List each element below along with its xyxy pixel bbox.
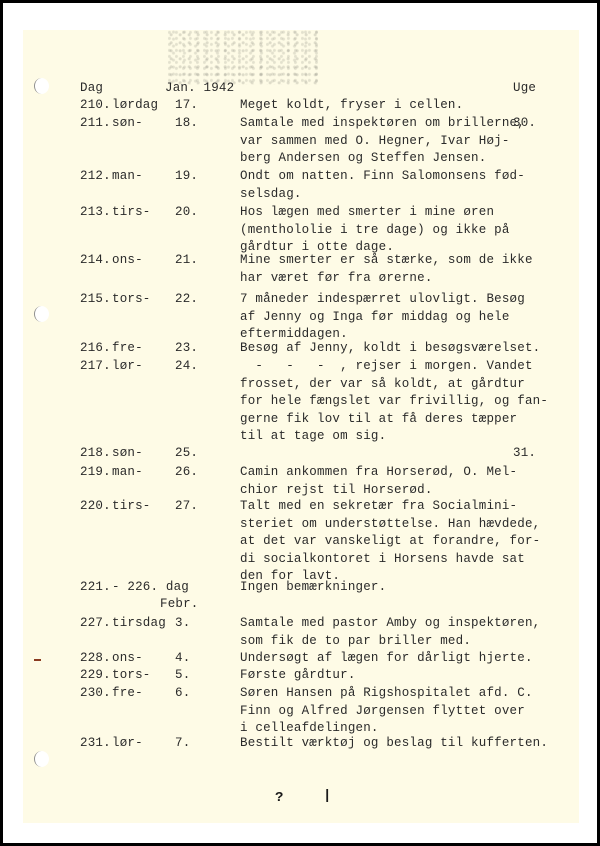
entry-day-number: 231. bbox=[80, 735, 111, 753]
entry-weekday: man- bbox=[112, 464, 143, 482]
entry-text-line: Hos lægen med smerter i mine øren bbox=[240, 204, 494, 222]
entry-text-line: Talt med en sekretær fra Socialmini- bbox=[240, 498, 517, 516]
entry-weekday: ons- bbox=[112, 650, 143, 668]
entry-text-line: Undersøgt af lægen for dårligt hjerte. bbox=[240, 650, 533, 668]
entry-text-line: chior rejst til Horserød. bbox=[240, 482, 433, 500]
entry-day-number: 215. bbox=[80, 291, 111, 309]
entry-weekday: tors- bbox=[112, 667, 151, 685]
entry-text-line: for hele fængslet var frivillig, og fan- bbox=[240, 393, 548, 411]
entry-text-line: berg Andersen og Steffen Jensen. bbox=[240, 150, 486, 168]
entry-weekday: tirsdag bbox=[112, 615, 166, 633]
entry-date: 3. bbox=[175, 615, 190, 633]
entry-date: Febr. bbox=[160, 596, 199, 614]
entry-text-line: Mine smerter er så stærke, som de ikke bbox=[240, 252, 533, 270]
entry-day-number: 219. bbox=[80, 464, 111, 482]
entry-weekday: tirs- bbox=[112, 204, 151, 222]
entry-text-line: Camin ankommen fra Horserød, O. Mel- bbox=[240, 464, 517, 482]
entry-text-line: Besøg af Jenny, koldt i besøgsværelset. bbox=[240, 340, 540, 358]
punch-hole-bottom bbox=[34, 751, 49, 767]
entry-day-number: 213. bbox=[80, 204, 111, 222]
entry-weekday: fre- bbox=[112, 685, 143, 703]
header-day-label: Dag bbox=[80, 80, 103, 98]
entry-text-line: Samtale med inspektøren om brillerne, bbox=[240, 115, 525, 133]
entry-weekday: lør- bbox=[112, 735, 143, 753]
entry-date: 19. bbox=[175, 168, 198, 186]
typewritten-page: Dag Jan. 1942 Uge 210.lørdag17.Meget kol… bbox=[23, 30, 579, 823]
entry-weekday: lør- bbox=[112, 358, 143, 376]
entry-date: 18. bbox=[175, 115, 198, 133]
entry-date: 5. bbox=[175, 667, 190, 685]
footer-mark-1: ? bbox=[275, 790, 283, 806]
entry-date: 22. bbox=[175, 291, 198, 309]
entry-text-line: (menthololie i tre dage) og ikke på bbox=[240, 222, 510, 240]
footer-mark-2: | bbox=[323, 788, 331, 804]
red-mark bbox=[34, 659, 41, 661]
entry-text-line: selsdag. bbox=[240, 186, 302, 204]
header-week-label: Uge bbox=[513, 80, 536, 98]
entry-text-line: Meget koldt, fryser i cellen. bbox=[240, 97, 463, 115]
entry-date: 6. bbox=[175, 685, 190, 703]
entry-weekday: fre- bbox=[112, 340, 143, 358]
entry-text-line: gerne fik lov til at få deres tæpper bbox=[240, 411, 517, 429]
entry-text-line: var sammen med O. Hegner, Ivar Høj- bbox=[240, 133, 510, 151]
entry-week-number: 31. bbox=[513, 445, 536, 463]
entry-weekday: - 226. dag bbox=[112, 579, 189, 597]
entry-weekday: ons- bbox=[112, 252, 143, 270]
entry-day-number: 217. bbox=[80, 358, 111, 376]
punch-hole-top bbox=[34, 78, 49, 94]
entry-text-line: af Jenny og Inga før middag og hele bbox=[240, 309, 510, 327]
entry-day-number: 218. bbox=[80, 445, 111, 463]
entry-date: 4. bbox=[175, 650, 190, 668]
entry-day-number: 214. bbox=[80, 252, 111, 270]
entry-day-number: 227. bbox=[80, 615, 111, 633]
entry-text-line: - - - , rejser i morgen. Vandet bbox=[240, 358, 533, 376]
entry-date: 24. bbox=[175, 358, 198, 376]
entry-date: 21. bbox=[175, 252, 198, 270]
page-frame: Dag Jan. 1942 Uge 210.lørdag17.Meget kol… bbox=[3, 3, 597, 843]
entry-day-number: 228. bbox=[80, 650, 111, 668]
entry-day-number: 221. bbox=[80, 579, 111, 597]
entry-date: 27. bbox=[175, 498, 198, 516]
entry-weekday: man- bbox=[112, 168, 143, 186]
entry-text-line: Ingen bemærkninger. bbox=[240, 579, 386, 597]
entry-weekday: søn- bbox=[112, 115, 143, 133]
entry-text-line: Bestilt værktøj og beslag til kufferten. bbox=[240, 735, 548, 753]
entry-text-line: Samtale med pastor Amby og inspektøren, bbox=[240, 615, 540, 633]
entry-text-line: di socialkontoret i Horsens havde sat bbox=[240, 551, 525, 569]
entry-date: 17. bbox=[175, 97, 198, 115]
entry-date: 23. bbox=[175, 340, 198, 358]
entry-day-number: 212. bbox=[80, 168, 111, 186]
entry-day-number: 220. bbox=[80, 498, 111, 516]
ink-smudge bbox=[168, 30, 318, 85]
entry-text-line: Ondt om natten. Finn Salomonsens fød- bbox=[240, 168, 525, 186]
entry-day-number: 211. bbox=[80, 115, 111, 133]
entry-date: 25. bbox=[175, 445, 198, 463]
entry-day-number: 216. bbox=[80, 340, 111, 358]
entry-day-number: 230. bbox=[80, 685, 111, 703]
entry-weekday: søn- bbox=[112, 445, 143, 463]
entry-text-line: 7 måneder indespærret ulovligt. Besøg bbox=[240, 291, 525, 309]
punch-hole-middle bbox=[34, 306, 49, 322]
entry-weekday: tors- bbox=[112, 291, 151, 309]
entry-text-line: Første gårdtur. bbox=[240, 667, 356, 685]
entry-text-line: at det var vanskeligt at forandre, for- bbox=[240, 533, 540, 551]
entry-weekday: lørdag bbox=[112, 97, 158, 115]
entry-text-line: til at tage om sig. bbox=[240, 428, 386, 446]
entry-text-line: har været før fra ørerne. bbox=[240, 270, 433, 288]
entry-text-line: Søren Hansen på Rigshospitalet afd. C. bbox=[240, 685, 533, 703]
entry-weekday: tirs- bbox=[112, 498, 151, 516]
entry-text-line: som fik de to par briller med. bbox=[240, 633, 471, 651]
entry-date: 26. bbox=[175, 464, 198, 482]
entry-date: 20. bbox=[175, 204, 198, 222]
entry-day-number: 229. bbox=[80, 667, 111, 685]
entry-text-line: frosset, der var så koldt, at gårdtur bbox=[240, 376, 525, 394]
entry-text-line: Finn og Alfred Jørgensen flyttet over bbox=[240, 703, 525, 721]
entry-week-number: 30. bbox=[513, 115, 536, 133]
entry-day-number: 210. bbox=[80, 97, 111, 115]
header-month-year: Jan. 1942 bbox=[165, 80, 234, 98]
entry-date: 7. bbox=[175, 735, 190, 753]
entry-text-line: steriet om understøttelse. Han hævdede, bbox=[240, 516, 540, 534]
